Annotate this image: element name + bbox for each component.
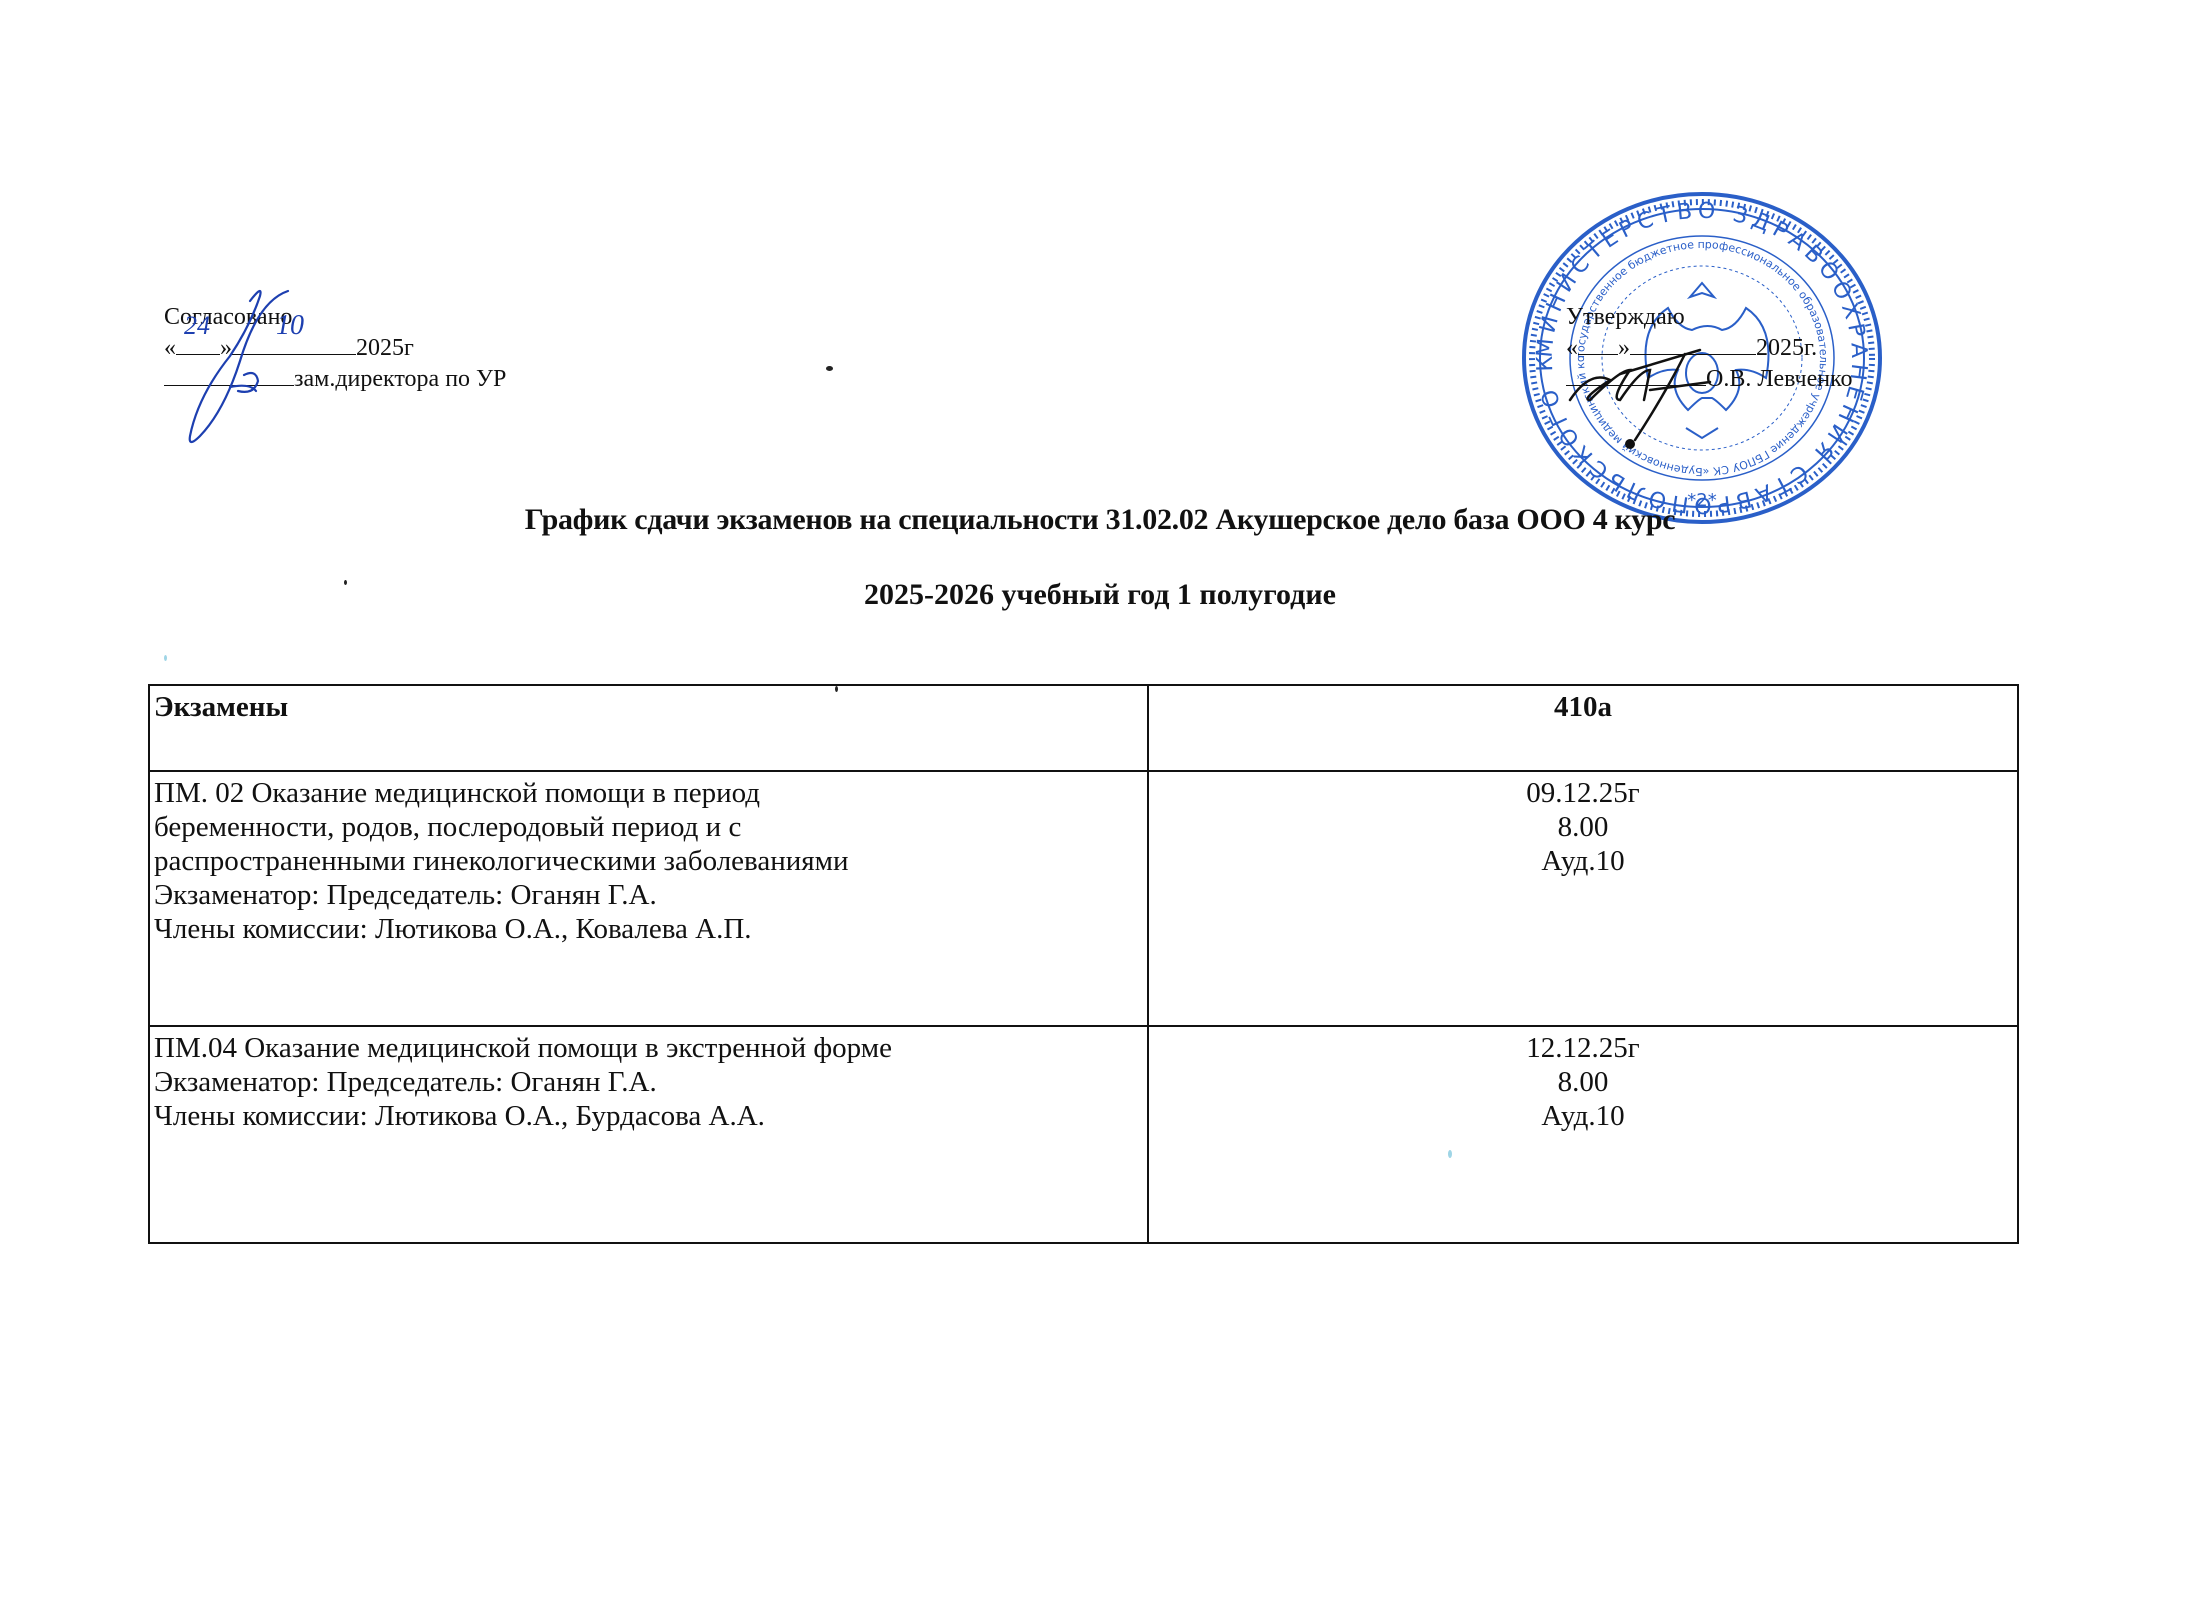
table-row: ПМ.04 Оказание медицинской помощи в экст…: [149, 1026, 2018, 1243]
handwritten-day: 24: [184, 311, 210, 340]
scan-speck: [1448, 1150, 1452, 1158]
document-subtitle: 2025-2026 учебный год 1 полугодие: [0, 578, 2200, 612]
scan-speck: [344, 580, 347, 585]
exam-title-line: ПМ. 02 Оказание медицинской помощи в пер…: [154, 776, 1143, 810]
schedule-cell: 12.12.25г 8.00 Ауд.10: [1148, 1026, 2018, 1243]
exam-cell: ПМ.04 Оказание медицинской помощи в экст…: [149, 1026, 1148, 1243]
document-title: График сдачи экзаменов на специальности …: [0, 503, 2200, 537]
table-row: ПМ. 02 Оказание медицинской помощи в пер…: [149, 771, 2018, 1026]
approval-right-heading: Утверждаю: [1566, 302, 1853, 332]
exam-cell: ПМ. 02 Оказание медицинской помощи в пер…: [149, 771, 1148, 1026]
examiner-chair: Экзаменатор: Председатель: Оганян Г.А.: [154, 1065, 1143, 1099]
handwritten-month: 10: [276, 310, 304, 341]
exam-schedule-table: Экзамены 410а ПМ. 02 Оказание медицинско…: [148, 684, 2019, 1244]
header-group: 410а: [1148, 685, 2018, 771]
scan-speck: [835, 686, 838, 692]
exam-title-line: ПМ.04 Оказание медицинской помощи в экст…: [154, 1031, 1143, 1065]
commission-members: Члены комиссии: Лютикова О.А., Ковалева …: [154, 912, 1143, 946]
exam-title-line: беременности, родов, послеродовый период…: [154, 810, 1143, 844]
approval-left-year: 2025г: [356, 335, 414, 361]
handwritten-signature-left: 24 10: [170, 285, 330, 450]
approval-right-year: 2025г.: [1756, 335, 1817, 361]
exam-title-line: распространенными гинекологическими забо…: [154, 844, 1143, 878]
table-header-row: Экзамены 410а: [149, 685, 2018, 771]
exam-date: 09.12.25г: [1153, 776, 2013, 810]
commission-members: Члены комиссии: Лютикова О.А., Бурдасова…: [154, 1099, 1143, 1133]
scan-speck: [164, 655, 167, 661]
exam-time: 8.00: [1153, 1065, 2013, 1099]
header-exams: Экзамены: [149, 685, 1148, 771]
exam-room: Ауд.10: [1153, 844, 2013, 878]
exam-room: Ауд.10: [1153, 1099, 2013, 1133]
schedule-cell: 09.12.25г 8.00 Ауд.10: [1148, 771, 2018, 1026]
exam-date: 12.12.25г: [1153, 1031, 2013, 1065]
handwritten-signature-right: [1560, 340, 1760, 460]
scan-speck: [826, 366, 833, 371]
exam-time: 8.00: [1153, 810, 2013, 844]
examiner-chair: Экзаменатор: Председатель: Оганян Г.А.: [154, 878, 1143, 912]
